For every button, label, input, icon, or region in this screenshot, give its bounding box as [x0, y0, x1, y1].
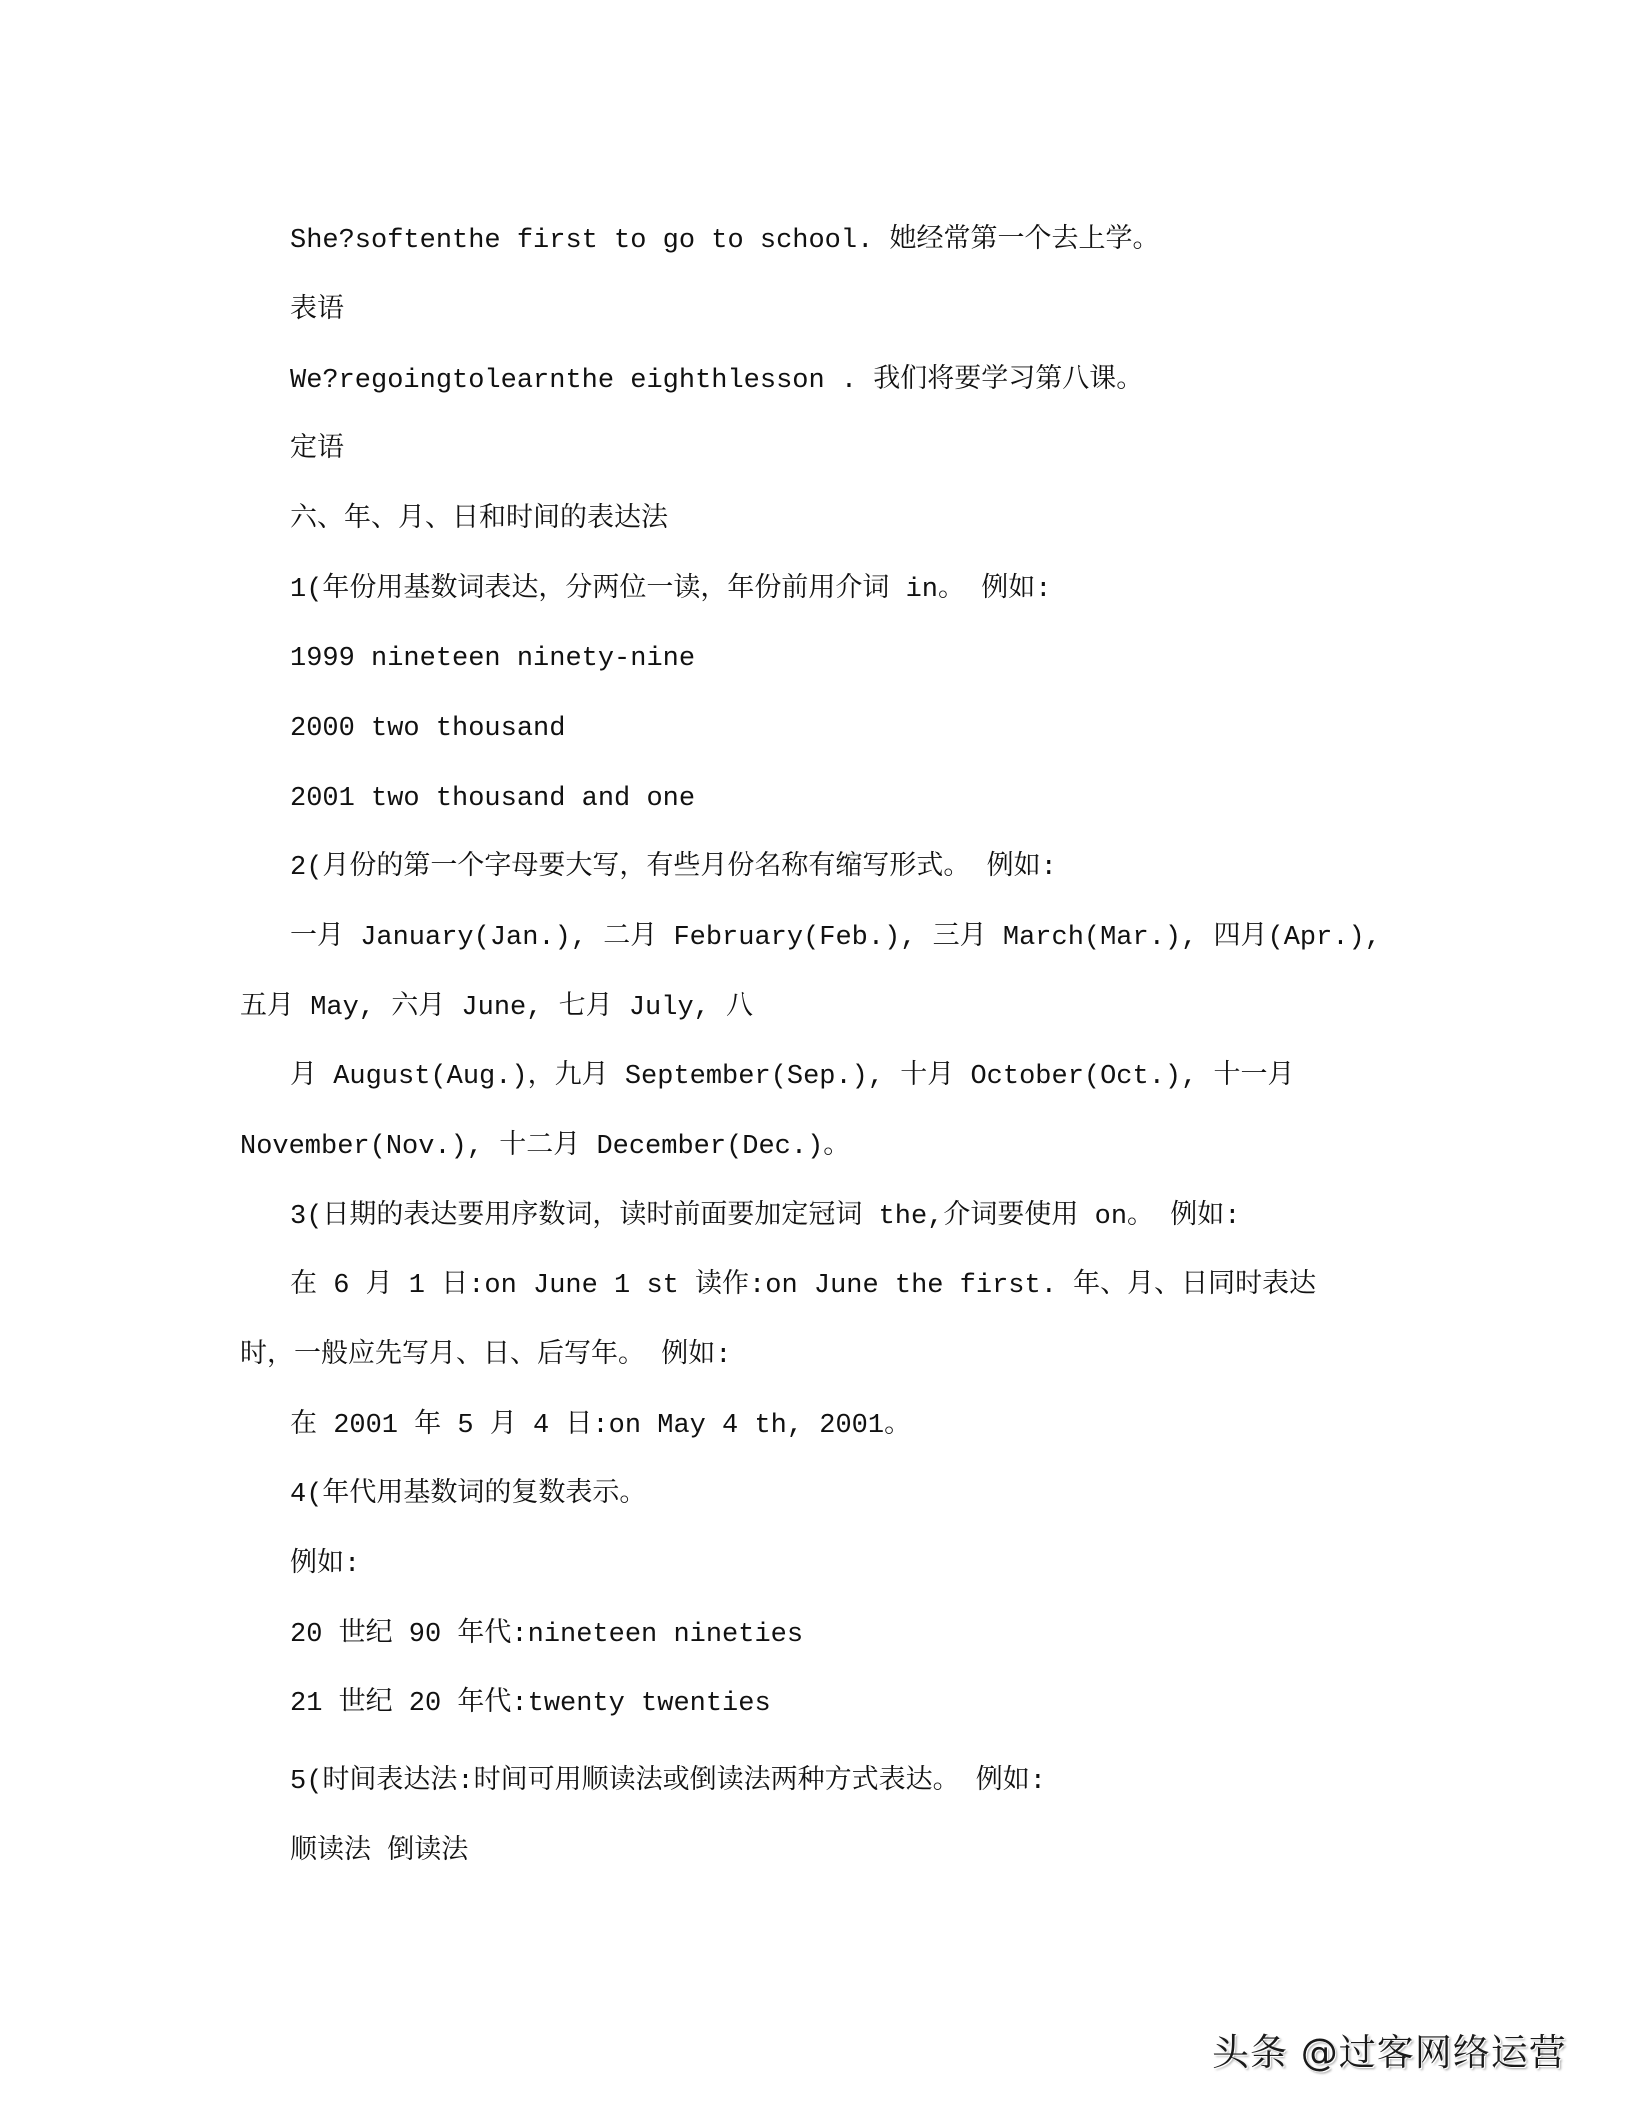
- example-2000: 2000 two thousand: [290, 709, 565, 749]
- text-line-example-sentence-2: We?regoingtolearnthe eighthlesson . 我们将要…: [290, 361, 1143, 401]
- rule-1-years: 1(年份用基数词表达，分两位一读，年份前用介词 in。 例如:: [290, 570, 1051, 610]
- text-line-label-attributive: 定语: [290, 430, 344, 470]
- months-line-4: November(Nov.), 十二月 December(Dec.)。: [240, 1127, 850, 1167]
- dates-example-line-3: 在 2001 年 5 月 4 日:on May 4 th, 2001。: [290, 1406, 911, 1446]
- rule-4-decades: 4(年代用基数词的复数表示。: [290, 1475, 646, 1515]
- decades-example-1: 20 世纪 90 年代:nineteen nineties: [290, 1615, 803, 1655]
- example-1999: 1999 nineteen ninety-nine: [290, 639, 695, 679]
- dates-example-line-1: 在 6 月 1 日:on June 1 st 读作:on June the fi…: [290, 1266, 1316, 1306]
- months-line-2: 五月 May, 六月 June, 七月 July, 八: [240, 988, 753, 1028]
- example-2001: 2001 two thousand and one: [290, 779, 695, 819]
- section-heading: 六、年、月、日和时间的表达法: [290, 500, 668, 540]
- text-line-example-sentence-1: She?softenthe first to go to school. 她经常…: [290, 221, 1160, 261]
- decades-example-label: 例如:: [290, 1545, 360, 1585]
- document-page: She?softenthe first to go to school. 她经常…: [0, 0, 1632, 2112]
- rule-3-dates: 3(日期的表达要用序数词，读时前面要加定冠词 the,介词要使用 on。 例如:: [290, 1197, 1240, 1237]
- months-line-1: 一月 January(Jan.), 二月 February(Feb.), 三月 …: [290, 918, 1381, 958]
- text-line-label-predicative: 表语: [290, 291, 344, 331]
- watermark: 头条 @过客网络运营: [1212, 2028, 1567, 2078]
- dates-example-line-2: 时，一般应先写月、日、后写年。 例如:: [240, 1336, 731, 1376]
- months-line-3: 月 August(Aug.)，九月 September(Sep.), 十月 Oc…: [290, 1057, 1295, 1097]
- decades-example-2: 21 世纪 20 年代:twenty twenties: [290, 1684, 771, 1724]
- time-methods-header: 顺读法 倒读法: [290, 1832, 468, 1872]
- rule-5-time: 5(时间表达法:时间可用顺读法或倒读法两种方式表达。 例如:: [290, 1762, 1046, 1802]
- rule-2-months: 2(月份的第一个字母要大写，有些月份名称有缩写形式。 例如:: [290, 848, 1057, 888]
